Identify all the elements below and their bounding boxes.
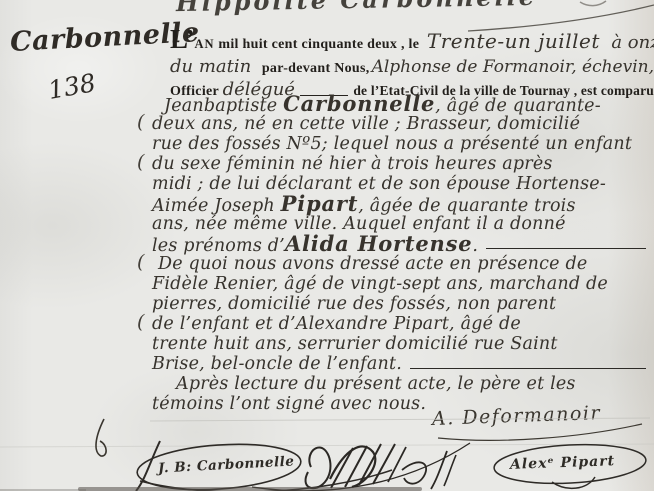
manuscript-line: Après lecture du présent acte, le père e… xyxy=(152,374,652,394)
top-fragment-stroke xyxy=(580,1,606,6)
line-text: Après lecture du présent acte, le père e… xyxy=(176,374,576,394)
line-text: De quoi nous avons dressé acte en présen… xyxy=(158,254,587,274)
signature-witness-right: Alexᵉ Pipart xyxy=(510,453,616,473)
preamble-line-1: L’AN mil huit cent cinquante deux , le T… xyxy=(170,26,654,53)
previous-act-fragment: Hippolite Carbonnelle xyxy=(176,0,538,17)
scan-edge-streak xyxy=(78,487,422,491)
emphasized-name: Pipart xyxy=(281,194,359,214)
preamble-line-2: du matinpar-devant Nous,Alphonse de Form… xyxy=(170,56,654,77)
signature-descender xyxy=(136,441,160,491)
line-text: Aimée Joseph xyxy=(152,196,281,216)
fill-rule xyxy=(410,368,646,369)
signature-father: J. B: Carbonnelle xyxy=(158,453,295,476)
margin-pen-loop xyxy=(96,419,106,456)
emphasized-name: Carbonnelle xyxy=(283,94,435,114)
handwritten-officer-name: Alphonse de Formanoir, échevin, xyxy=(372,57,654,77)
flourish-mark: ( xyxy=(137,312,145,332)
manuscript-line: (du sexe féminin né hier à trois heures … xyxy=(152,154,652,174)
manuscript-line: trente huit ans, serrurier domicilié rue… xyxy=(152,334,652,354)
line-text: pierres, domicilié rue des fossés, non p… xyxy=(152,294,556,314)
manuscript-line: Brise, bel-oncle de l’enfant. xyxy=(152,354,652,374)
line-text: du sexe féminin né hier à trois heures a… xyxy=(152,154,553,174)
line-text: rue des fossés Nº5; lequel nous a présen… xyxy=(152,134,632,154)
line-text: Jeanbaptiste xyxy=(164,96,283,116)
manuscript-line: rue des fossés Nº5; lequel nous a présen… xyxy=(152,134,652,154)
line-text: Fidèle Renier, âgé de vingt-sept ans, ma… xyxy=(152,274,608,294)
line-text: midi ; de lui déclarant et de son épouse… xyxy=(152,174,606,194)
printed-text: AN xyxy=(195,37,215,52)
manuscript-line: pierres, domicilié rue des fossés, non p… xyxy=(152,294,652,314)
register-page: Hippolite Carbonnelle Carbonnelle 138 L’… xyxy=(0,0,654,491)
fill-rule xyxy=(486,248,646,249)
manuscript-line: midi ; de lui déclarant et de son épouse… xyxy=(152,174,652,194)
manuscript-line: (deux ans, né en cette ville ; Brasseur,… xyxy=(152,114,652,134)
printed-text: par-devant Nous, xyxy=(262,61,370,77)
manuscript-line: Aimée Joseph Pipart, âgée de quarante tr… xyxy=(152,194,652,214)
manuscript-line: Jeanbaptiste Carbonnelle, âgé de quarant… xyxy=(152,94,652,114)
flourish-mark: ( xyxy=(137,152,145,172)
handwritten-date: Trente-un juillet xyxy=(427,29,600,53)
manuscript-line: Fidèle Renier, âgé de vingt-sept ans, ma… xyxy=(152,274,652,294)
manuscript-line: (De quoi nous avons dressé acte en prése… xyxy=(152,254,652,274)
flourish-mark: ( xyxy=(137,112,145,132)
flourish-mark: ( xyxy=(137,252,145,272)
faint-crease xyxy=(0,444,654,447)
line-text: , âgé de quarante- xyxy=(435,96,601,116)
act-number: 138 xyxy=(46,68,98,105)
line-text: trente huit ans, serrurier domicilié rue… xyxy=(152,334,558,354)
emphasized-name: Alida Hortense xyxy=(285,234,472,254)
signature-officer: A. Deformanoir xyxy=(432,402,602,430)
printed-text: mil huit cent cinquante deux , le xyxy=(215,37,427,53)
line-text: Brise, bel-oncle de l’enfant. xyxy=(152,354,402,374)
manuscript-body: Jeanbaptiste Carbonnelle, âgé de quarant… xyxy=(152,94,652,414)
manuscript-line: les prénoms d’Alida Hortense. xyxy=(152,234,652,254)
handwritten-hour: à onze xyxy=(600,32,654,53)
line-text: deux ans, né en cette ville ; Brasseur, … xyxy=(152,114,580,134)
handwritten-morning: du matin xyxy=(170,56,251,77)
line-text: témoins l’ont signé avec nous. xyxy=(152,394,426,414)
line-text: . xyxy=(472,236,478,256)
line-text: les prénoms d’ xyxy=(152,236,285,256)
line-text: , âgée de quarante trois xyxy=(358,196,575,216)
line-text: de l’enfant et d’Alexandre Pipart, âgé d… xyxy=(152,314,521,334)
manuscript-line: (de l’enfant et d’Alexandre Pipart, âgé … xyxy=(152,314,652,334)
signature-underflourish xyxy=(552,477,595,488)
drop-initial: L’ xyxy=(170,26,195,52)
preamble: L’AN mil huit cent cinquante deux , le T… xyxy=(170,26,654,100)
